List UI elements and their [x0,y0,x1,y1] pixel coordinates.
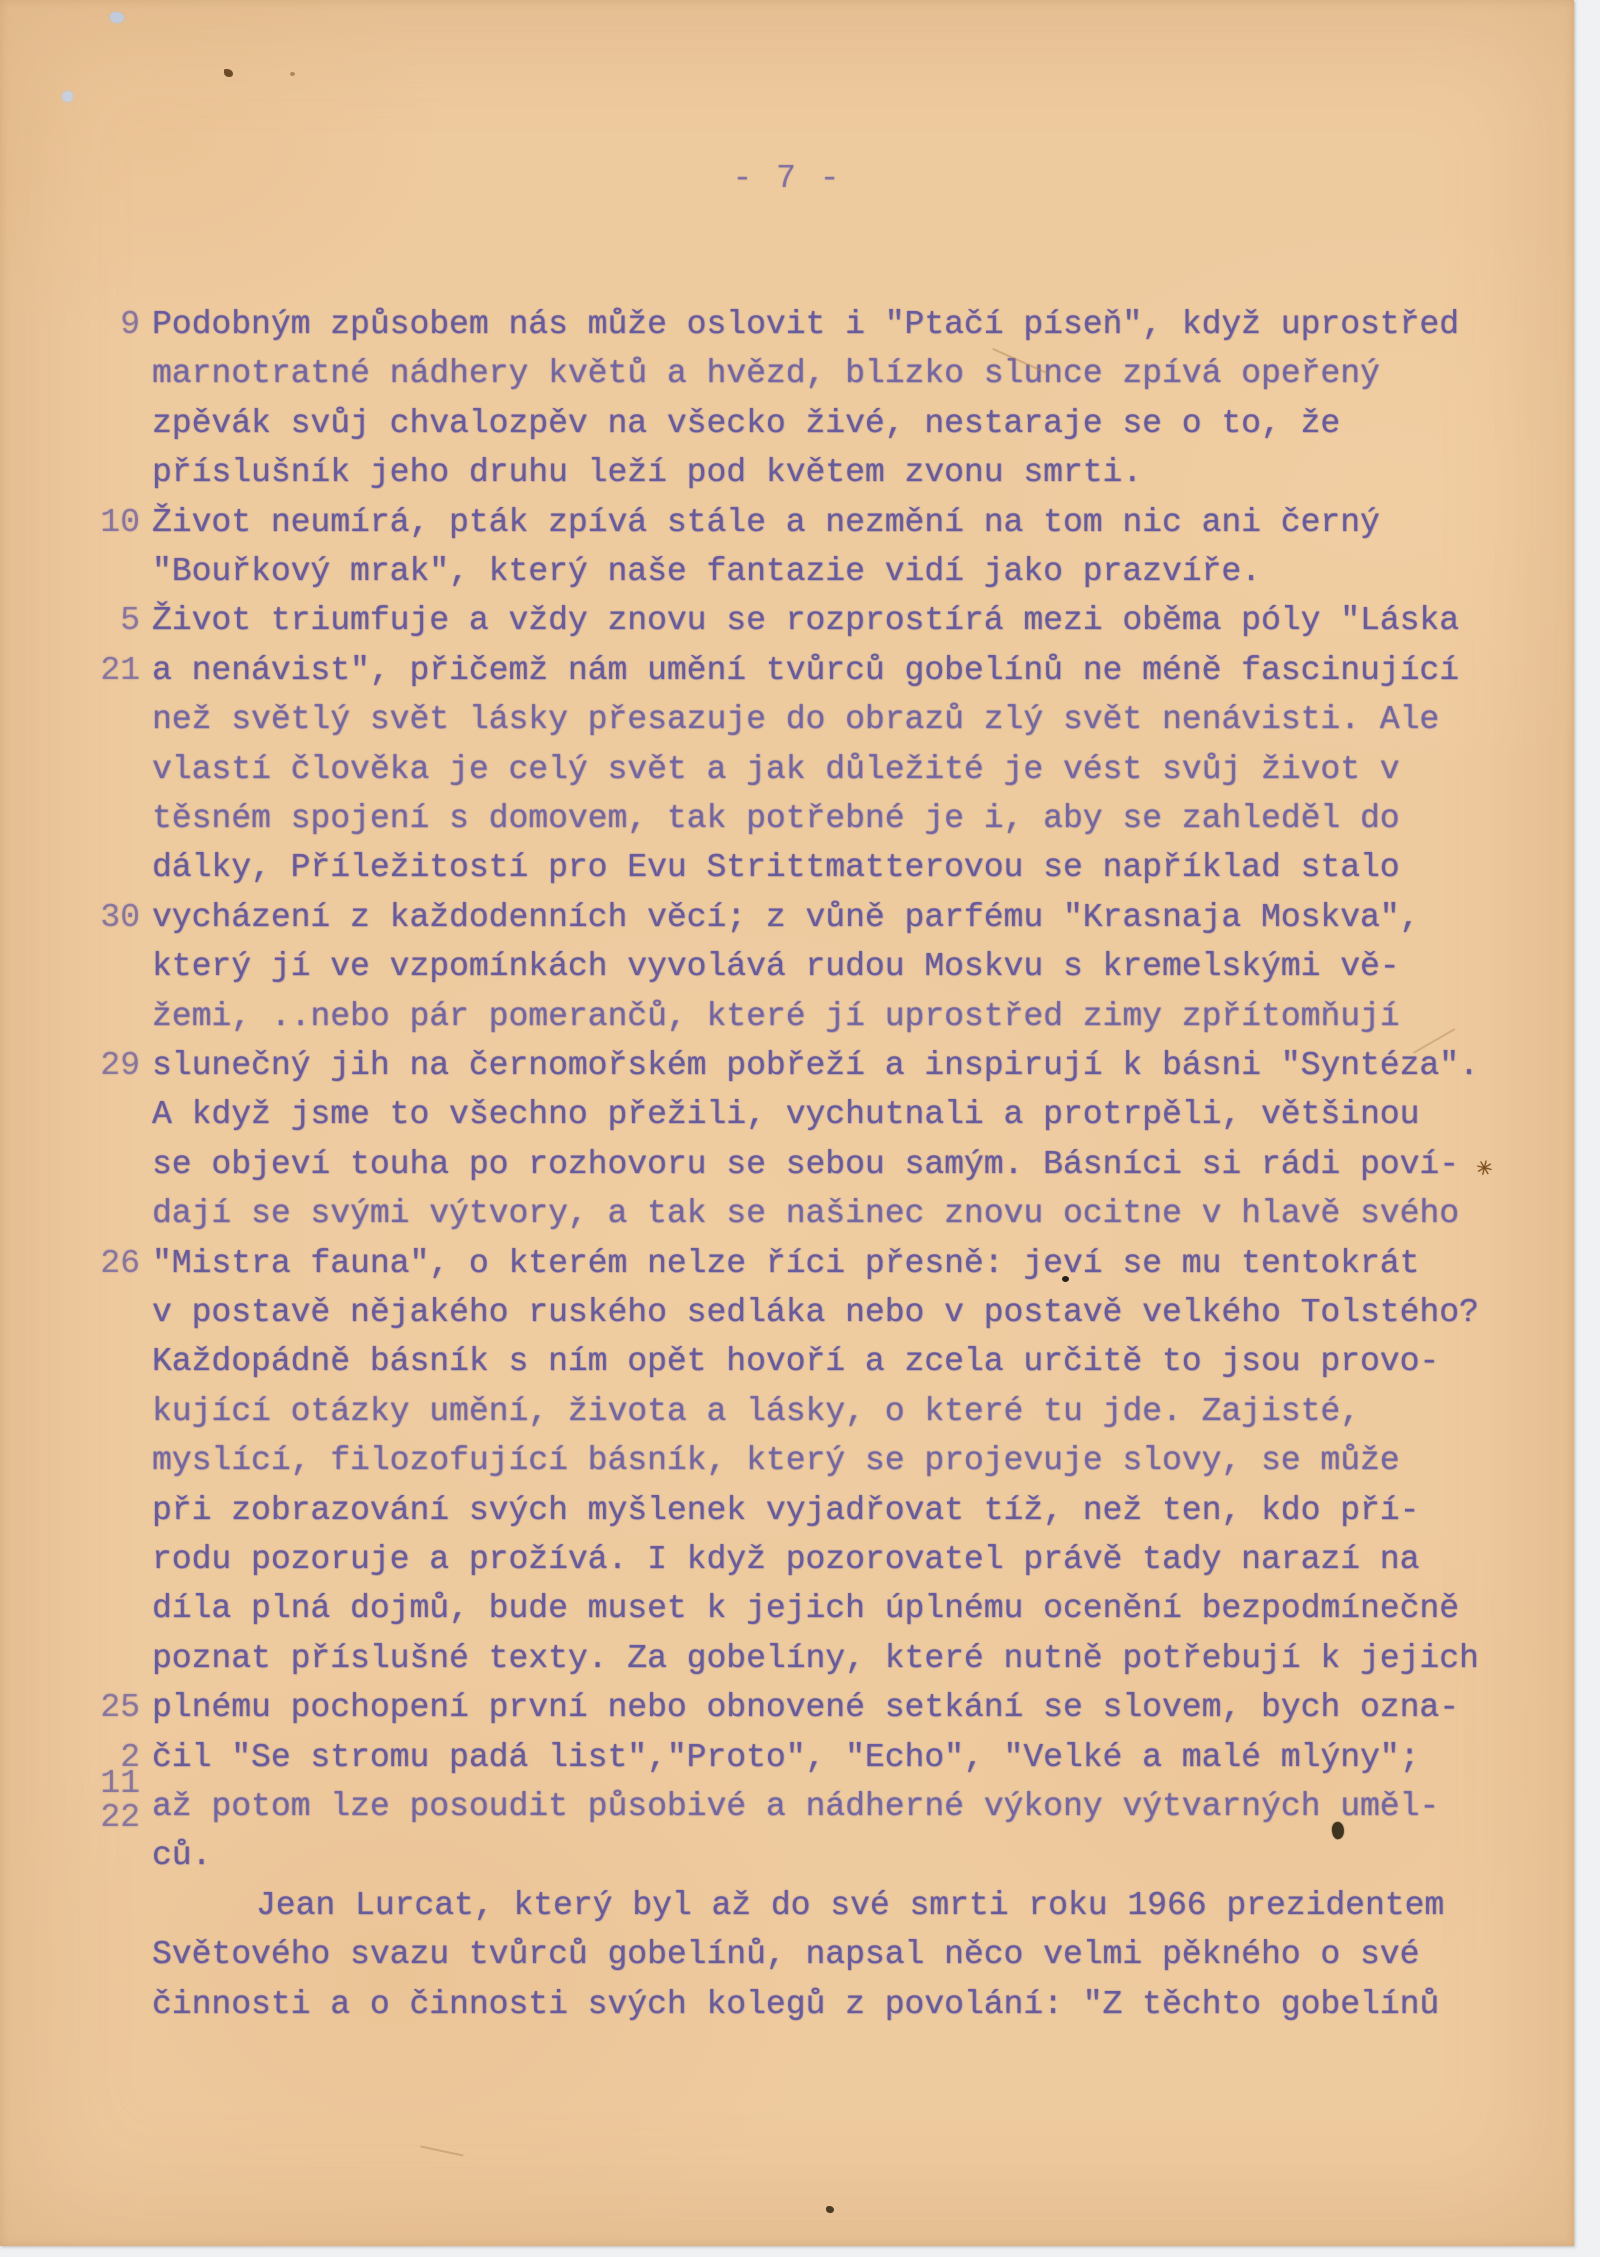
text-line-row: kující otázky umění, života a lásky, o k… [0,1387,1574,1437]
typewritten-text: v postavě nějakého ruského sedláka nebo … [152,1288,1479,1337]
paper-fibre [420,2145,463,2156]
text-line-row: "Bouřkový mrak", který naše fantazie vid… [0,547,1574,597]
text-line-row: poznat příslušné texty. Za gobelíny, kte… [0,1634,1574,1684]
page-number: - 7 - [0,160,1574,197]
typewritten-text: při zobrazování svých myšlenek vyjadřova… [152,1486,1419,1535]
typewritten-text: a nenávist", přičemž nám umění tvůrců go… [152,646,1459,695]
text-line-row: A když jsme to všechno přežili, vychutna… [0,1090,1574,1140]
text-line-row: marnotratné nádhery květů a hvězd, blízk… [0,349,1574,399]
typewritten-text: Každopádně básník s ním opět hovoří a zc… [152,1337,1439,1386]
text-line-row: 21a nenávist", přičemž nám umění tvůrců … [0,646,1574,696]
typewritten-text: žemi, ..nebo pár pomerančů, které jí upr… [152,992,1400,1041]
text-line-row: 2čil "Se stromu padá list","Proto", "Ech… [0,1733,1574,1783]
typewritten-text: se objeví touha po rozhovoru se sebou sa… [152,1140,1459,1189]
margin-number: 9 [84,300,140,349]
typewritten-text: rodu pozoruje a prožívá. I když pozorova… [152,1535,1419,1584]
typewritten-text: dají se svými výtvory, a tak se našinec … [152,1189,1459,1238]
text-line-row: 5Život triumfuje a vždy znovu se rozpros… [0,596,1574,646]
paper-speck [62,91,73,102]
text-line-row: při zobrazování svých myšlenek vyjadřova… [0,1486,1574,1536]
text-line-row: který jí ve vzpomínkách vyvolává rudou M… [0,942,1574,992]
typewritten-text: Život triumfuje a vždy znovu se rozprost… [152,596,1459,645]
typewritten-text: díla plná dojmů, bude muset k jejich úpl… [152,1584,1459,1633]
text-line-row: myslící, filozofující básník, který se p… [0,1436,1574,1486]
margin-number: 26 [84,1239,140,1288]
typewritten-text: ců. [152,1831,211,1880]
text-line-row: příslušník jeho druhu leží pod květem zv… [0,448,1574,498]
text-line-row: zpěvák svůj chvalozpěv na všecko živé, n… [0,399,1574,449]
typewritten-text: "Mistra fauna", o kterém nelze říci přes… [152,1239,1419,1288]
typewritten-text: marnotratné nádhery květů a hvězd, blízk… [152,349,1380,398]
margin-number: 5 [84,596,140,645]
typewritten-text: slunečný jih na černomořském pobřeží a i… [152,1041,1479,1090]
text-line-row: 29slunečný jih na černomořském pobřeží a… [0,1041,1574,1091]
text-line-row: dají se svými výtvory, a tak se našinec … [0,1189,1574,1239]
text-line-row: vlastí člověka je celý svět a jak důleži… [0,745,1574,795]
typewritten-text: Život neumírá, pták zpívá stále a nezměn… [152,498,1380,547]
typewritten-text: zpěvák svůj chvalozpěv na všecko živé, n… [152,399,1340,448]
margin-number: 11 22 [84,1767,140,1835]
typewritten-text: plnému pochopení první nebo obnovené set… [152,1683,1459,1732]
typewritten-text: vycházení z každodenních věcí; z vůně pa… [152,893,1419,942]
typewritten-text: Jean Lurcat, který byl až do své smrti r… [152,1881,1444,1930]
text-line-row: těsném spojení s domovem, tak potřebné j… [0,794,1574,844]
text-line-row: se objeví touha po rozhovoru se sebou sa… [0,1140,1574,1190]
typewritten-text: poznat příslušné texty. Za gobelíny, kte… [152,1634,1479,1683]
text-line-row: Jean Lurcat, který byl až do své smrti r… [0,1881,1574,1931]
typewritten-text: A když jsme to všechno přežili, vychutna… [152,1090,1419,1139]
typewritten-text: čil "Se stromu padá list","Proto", "Echo… [152,1733,1419,1782]
typewritten-text: dálky, Příležitostí pro Evu Strittmatter… [152,843,1400,892]
typewritten-text: činnosti a o činnosti svých kolegů z pov… [152,1980,1439,2029]
text-line-row: v postavě nějakého ruského sedláka nebo … [0,1288,1574,1338]
typewritten-text: až potom lze posoudit působivé a nádhern… [152,1782,1439,1831]
text-line-row: Světového svazu tvůrců gobelínů, napsal … [0,1930,1574,1980]
text-line-row: činnosti a o činnosti svých kolegů z pov… [0,1980,1574,2030]
text-line-row: žemi, ..nebo pár pomerančů, které jí upr… [0,992,1574,1042]
typewritten-text: vlastí člověka je celý svět a jak důleži… [152,745,1400,794]
margin-number: 30 [84,893,140,942]
typewritten-text: příslušník jeho druhu leží pod květem zv… [152,448,1142,497]
text-line-row: Každopádně básník s ním opět hovoří a zc… [0,1337,1574,1387]
text-line-row: 25plnému pochopení první nebo obnovené s… [0,1683,1574,1733]
typewritten-text: "Bouřkový mrak", který naše fantazie vid… [152,547,1261,596]
typewritten-text: myslící, filozofující básník, který se p… [152,1436,1400,1485]
margin-number: 21 [84,646,140,695]
typewritten-text: než světlý svět lásky přesazuje do obraz… [152,695,1439,744]
ink-dot [1062,1276,1069,1282]
paper-speck [290,72,295,76]
typewritten-text: Světového svazu tvůrců gobelínů, napsal … [152,1930,1419,1979]
paper-speck [826,2206,834,2213]
typewritten-text: kující otázky umění, života a lásky, o k… [152,1387,1360,1436]
text-line-row: díla plná dojmů, bude muset k jejich úpl… [0,1584,1574,1634]
typewritten-text: Podobným způsobem nás může oslovit i "Pt… [152,300,1459,349]
paper-speck [110,12,124,23]
margin-number: 29 [84,1041,140,1090]
text-line-row: než světlý svět lásky přesazuje do obraz… [0,695,1574,745]
margin-number: 25 [84,1683,140,1732]
text-line-row: 10Život neumírá, pták zpívá stále a nezm… [0,498,1574,548]
typewritten-text: těsném spojení s domovem, tak potřebné j… [152,794,1400,843]
text-line-row: 30vycházení z každodenních věcí; z vůně … [0,893,1574,943]
text-line-row: 9Podobným způsobem nás může oslovit i "P… [0,300,1574,350]
text-line-row: dálky, Příležitostí pro Evu Strittmatter… [0,843,1574,893]
paper-sheet: - 7 - 9Podobným způsobem nás může oslovi… [0,0,1574,2246]
paper-speck [224,69,233,77]
scanned-document-page: - 7 - 9Podobným způsobem nás může oslovi… [0,0,1600,2257]
typewritten-text: který jí ve vzpomínkách vyvolává rudou M… [152,942,1400,991]
text-line-row: rodu pozoruje a prožívá. I když pozorova… [0,1535,1574,1585]
margin-number: 10 [84,498,140,547]
text-line-row: 26"Mistra fauna", o kterém nelze říci př… [0,1239,1574,1289]
